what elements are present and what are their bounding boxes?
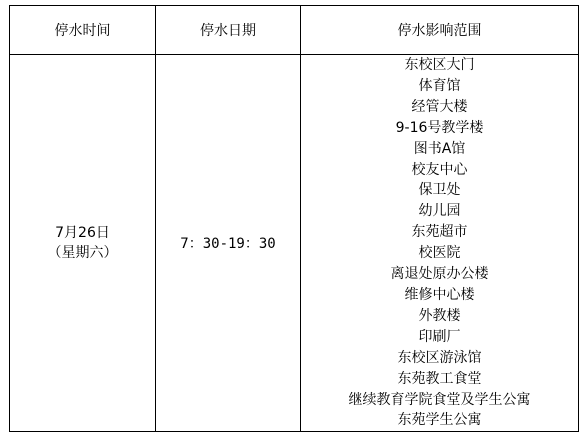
list-item: 图书A馆 xyxy=(301,139,578,160)
list-item: 东校区大门 xyxy=(301,55,578,76)
list-item: 9-16号教学楼 xyxy=(301,118,578,139)
water-outage-table: 停水时间 停水日期 停水影响范围 7月26日 （星期六） 7：30-19：30 … xyxy=(9,5,579,432)
affected-area-list: 东校区大门 体育馆 经管大楼 9-16号教学楼 图书A馆 校友中心 保卫处 幼儿… xyxy=(301,55,578,431)
header-outage-date: 停水日期 xyxy=(156,6,301,55)
list-item: 东苑超市 xyxy=(301,222,578,243)
header-affected-area: 停水影响范围 xyxy=(301,6,579,55)
list-item: 校友中心 xyxy=(301,160,578,181)
list-item: 离退处原办公楼 xyxy=(301,264,578,285)
affected-areas-cell: 东校区大门 体育馆 经管大楼 9-16号教学楼 图书A馆 校友中心 保卫处 幼儿… xyxy=(301,55,579,432)
list-item: 校医院 xyxy=(301,243,578,264)
outage-date: 7月26日 xyxy=(10,223,155,243)
outage-date-cell: 7月26日 （星期六） xyxy=(10,55,156,432)
outage-weekday: （星期六） xyxy=(10,243,155,263)
list-item: 维修中心楼 xyxy=(301,285,578,306)
header-row: 停水时间 停水日期 停水影响范围 xyxy=(10,6,579,55)
outage-hours-cell: 7：30-19：30 xyxy=(156,55,301,432)
list-item: 东苑教工食堂 xyxy=(301,369,578,390)
list-item: 继续教育学院食堂及学生公寓 xyxy=(301,390,578,411)
header-outage-time: 停水时间 xyxy=(10,6,156,55)
outage-hours: 7：30-19：30 xyxy=(180,236,275,252)
list-item: 外教楼 xyxy=(301,306,578,327)
list-item: 幼儿园 xyxy=(301,201,578,222)
list-item: 体育馆 xyxy=(301,76,578,97)
table-row: 7月26日 （星期六） 7：30-19：30 东校区大门 体育馆 经管大楼 9-… xyxy=(10,55,579,432)
list-item: 印刷厂 xyxy=(301,327,578,348)
list-item: 经管大楼 xyxy=(301,97,578,118)
list-item: 保卫处 xyxy=(301,180,578,201)
list-item: 东校区游泳馆 xyxy=(301,348,578,369)
list-item: 东苑学生公寓 xyxy=(301,410,578,431)
